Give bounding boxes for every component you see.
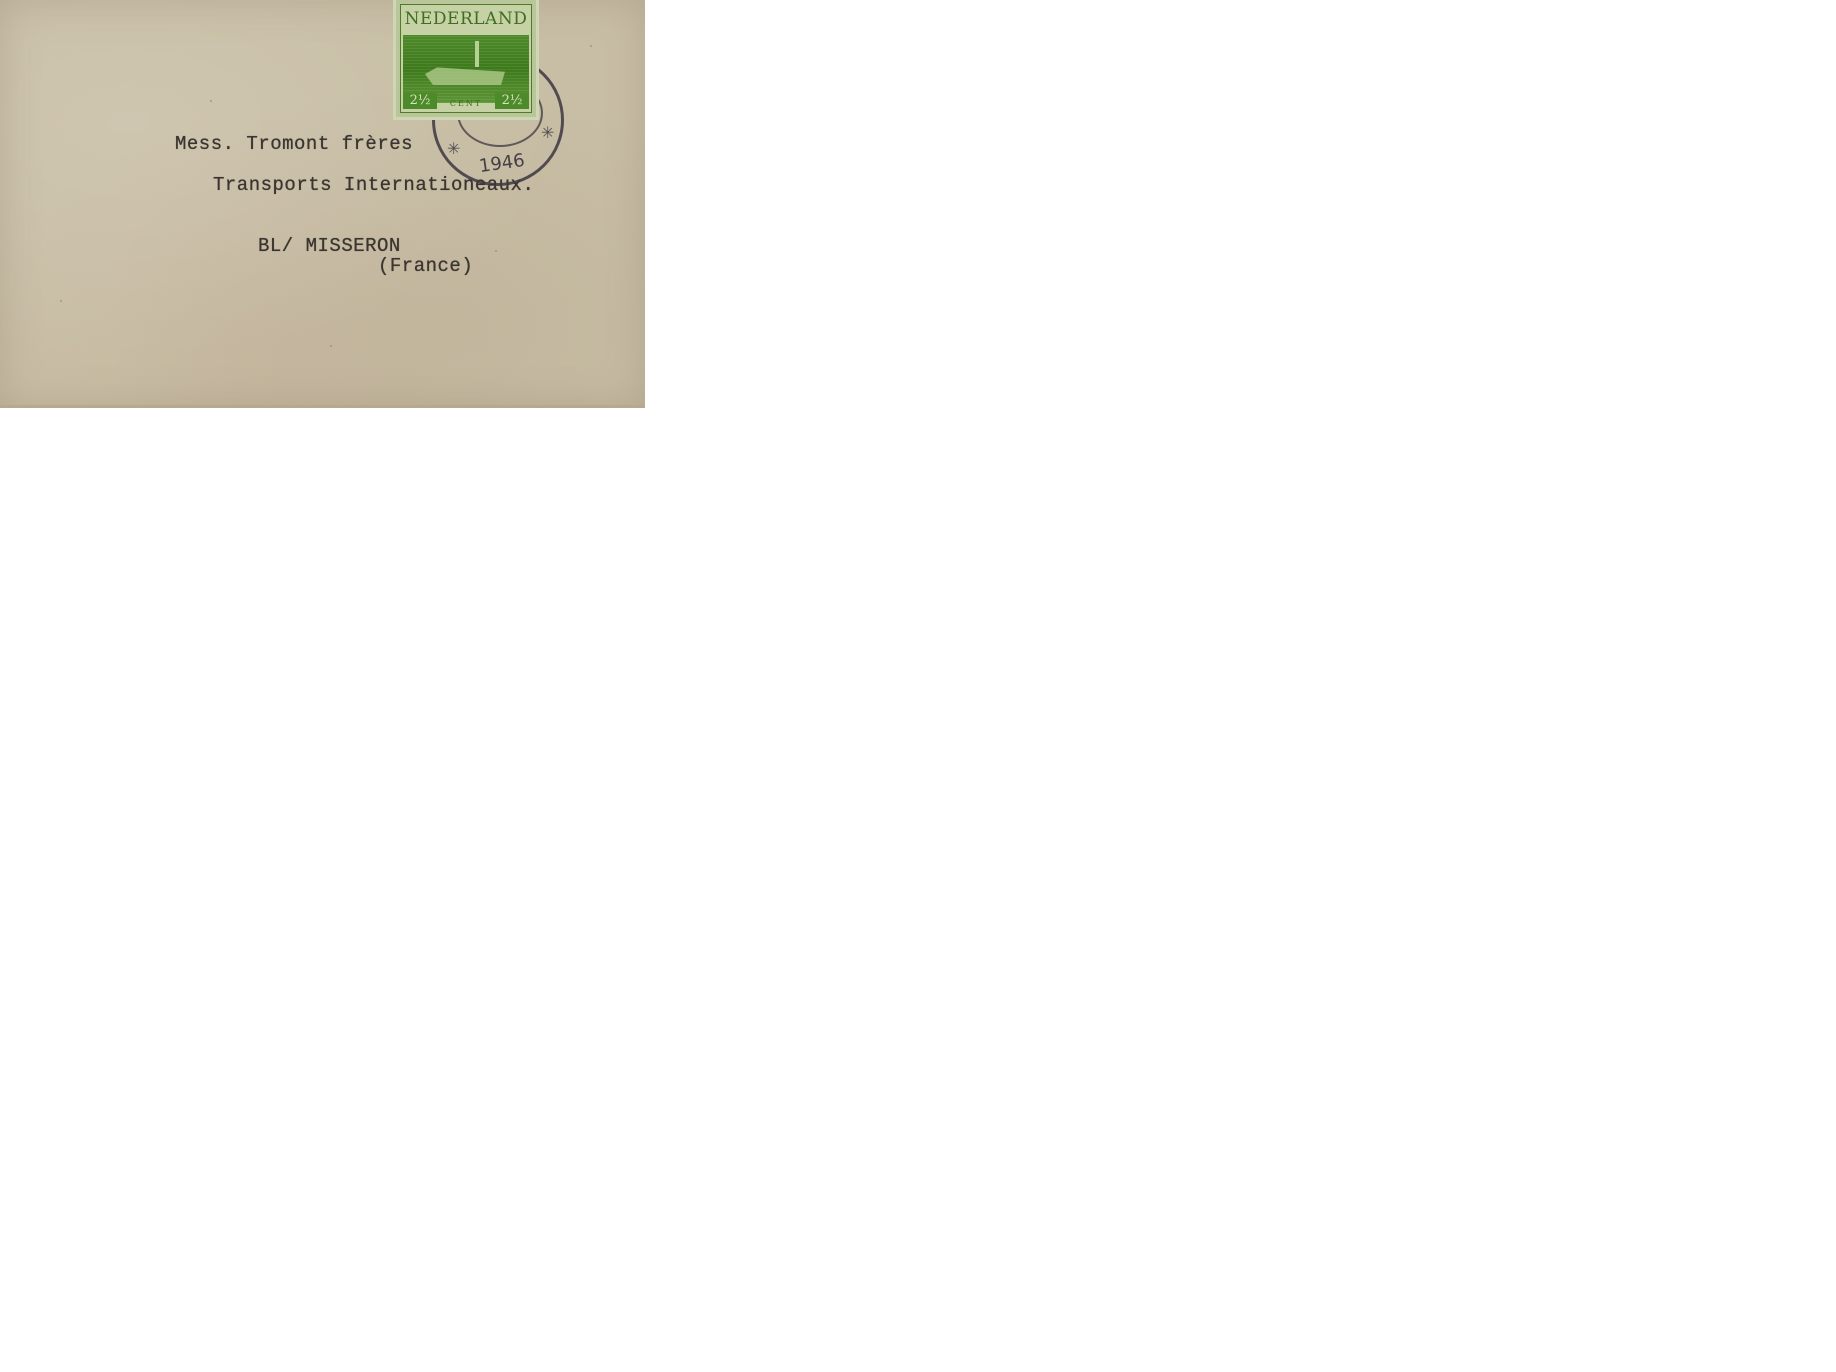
stamp-value-left: 2½ [403,93,437,109]
paper-speck [60,300,62,302]
postage-stamp: NEDERLAND 2½ CENT 2½ [396,0,536,117]
stamp-frame: NEDERLAND 2½ CENT 2½ [400,4,532,113]
ship-mast [475,41,479,67]
stamp-value-right: 2½ [495,93,529,109]
paper-speck [210,100,212,102]
address-line-recipient: Mess. Tromont frères [175,133,413,155]
paper-speck [495,250,497,252]
star-icon: ✳ [541,123,554,142]
stamp-country: NEDERLAND [401,9,531,29]
paper-speck [590,45,592,47]
stamp-denomination: CENT [447,99,485,108]
star-icon: ✳ [447,139,460,158]
address-line-city: BL/ MISSERON [258,235,401,257]
paper-speck [330,345,332,347]
envelope: Mess. Tromont frères Transports Internat… [0,0,645,408]
address-line-country: (France) [378,255,473,277]
postmark-year: 1946 [478,150,526,177]
ship-hull [425,63,505,85]
